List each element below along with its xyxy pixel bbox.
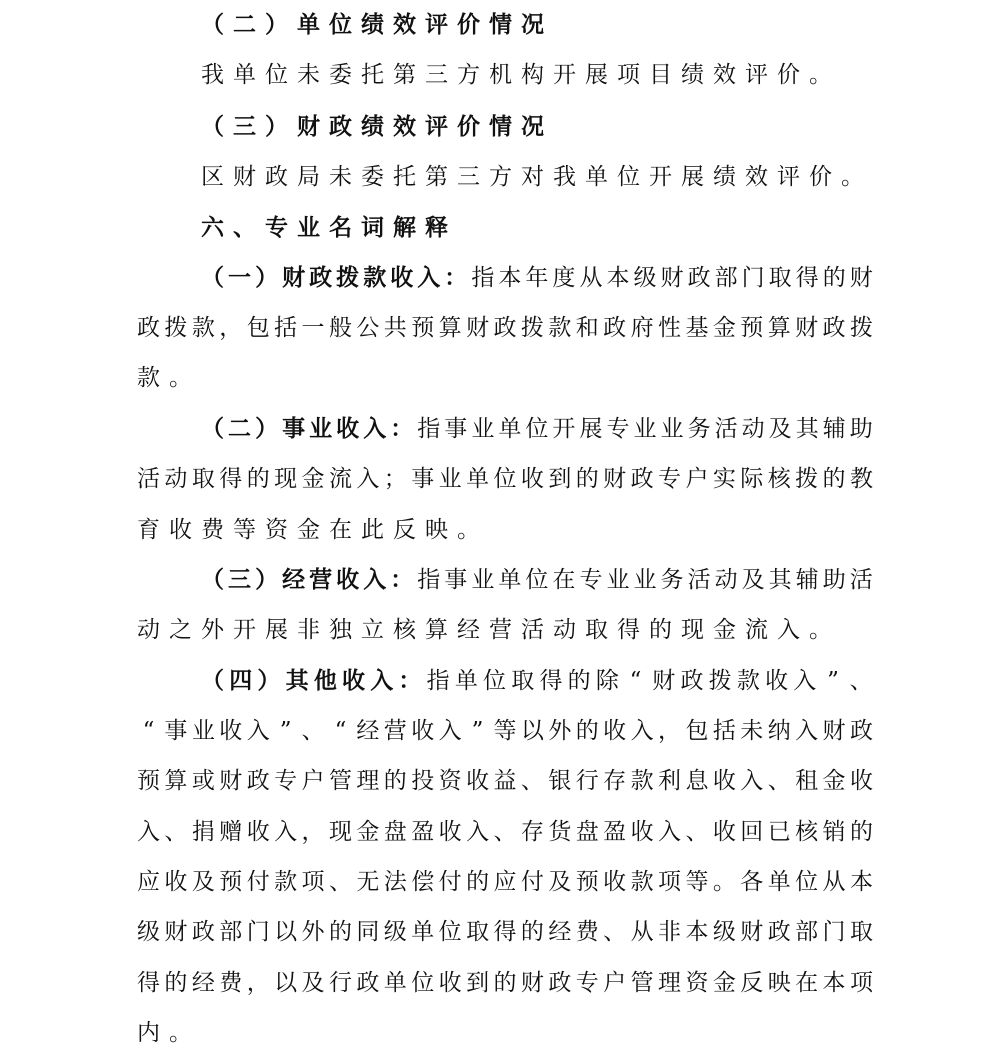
paragraph-line: “事业收入”、“经营收入”等以外的收入，包括未纳入财政 <box>137 713 873 749</box>
section-heading: 六、专业名词解释 <box>201 210 873 246</box>
paragraph-line: 动之外开展非独立核算经营活动取得的现金流入。 <box>137 612 873 648</box>
paragraph-line: 活动取得的现金流入；事业单位收到的财政专户实际核拨的教 <box>137 461 873 497</box>
term-paragraph-line: （三）经营收入：指事业单位在专业业务活动及其辅助活 <box>201 562 873 598</box>
term-paragraph-line: （一）财政拨款收入：指本年度从本级财政部门取得的财 <box>201 260 873 296</box>
term-paragraph-line: （二）事业收入：指事业单位开展专业业务活动及其辅助 <box>201 411 873 447</box>
paragraph-line: 政拨款，包括一般公共预算财政拨款和政府性基金预算财政拨 <box>137 310 873 346</box>
paragraph-line: 区财政局未委托第三方对我单位开展绩效评价。 <box>201 159 873 195</box>
paragraph-line: 入、捐赠收入，现金盘盈收入、存货盘盈收入、收回已核销的 <box>137 814 873 850</box>
term-paragraph-line: （二）单位绩效评价情况 <box>201 7 873 43</box>
paragraph-line: 预算或财政专户管理的投资收益、银行存款利息收入、租金收 <box>137 763 873 799</box>
paragraph-line: 级财政部门以外的同级单位取得的经费、从非本级财政部门取 <box>137 914 873 950</box>
term-paragraph-line: （三）财政绩效评价情况 <box>201 109 873 145</box>
paragraph-line: 内。 <box>137 1015 873 1051</box>
term-paragraph-line: （四）其他收入：指单位取得的除“财政拨款收入”、 <box>201 663 873 699</box>
paragraph-line: 我单位未委托第三方机构开展项目绩效评价。 <box>201 57 873 93</box>
paragraph-line: 应收及预付款项、无法偿付的应付及预收款项等。各单位从本 <box>137 864 873 900</box>
paragraph-line: 育收费等资金在此反映。 <box>137 512 873 548</box>
paragraph-line: 得的经费，以及行政单位收到的财政专户管理资金反映在本项 <box>137 965 873 1001</box>
paragraph-line: 款。 <box>137 360 873 396</box>
document-page: （二）单位绩效评价情况我单位未委托第三方机构开展项目绩效评价。（三）财政绩效评价… <box>0 0 1000 1056</box>
